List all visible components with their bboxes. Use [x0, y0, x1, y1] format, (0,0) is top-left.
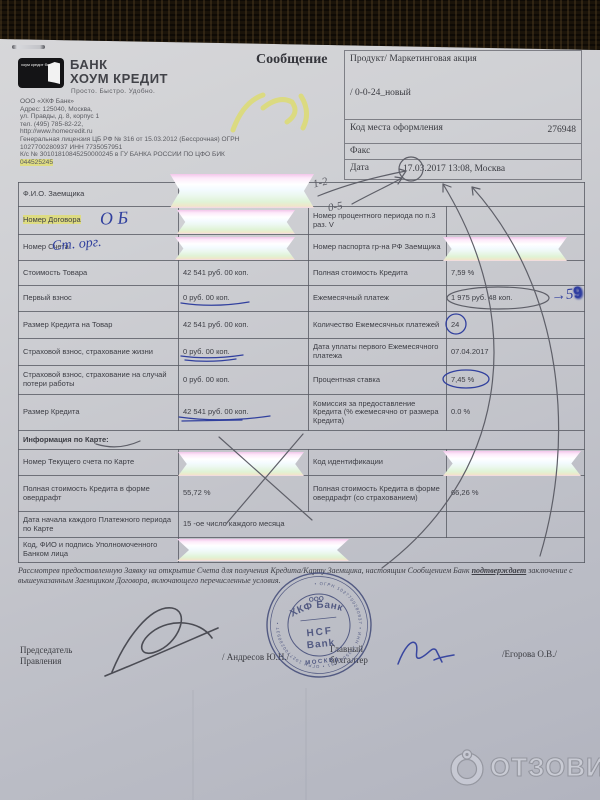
stamp-arc-text: ХКФ Банк	[288, 597, 346, 620]
field-label: Размер Кредита	[19, 395, 179, 431]
field-value: 24	[447, 312, 585, 339]
bank-tagline: Просто. Быстро. Удобно.	[71, 88, 155, 95]
address-line: 1027700280937 ИНН 7735057951	[20, 144, 320, 152]
redaction-sticker	[443, 237, 567, 261]
date-label: Дата	[350, 163, 369, 173]
table-row: Номер Текущего счета по Карте Код иденти…	[19, 450, 585, 476]
address-line: ул. Правды, д. 8, корпус 1	[20, 113, 320, 121]
table-row: Номер Счета Номер паспорта гр-на РФ Заем…	[19, 235, 585, 261]
field-value	[447, 512, 585, 538]
document-photo: хоум кредит банк БАНК ХОУМ КРЕДИТ Просто…	[0, 0, 600, 800]
field-value: 0 руб. 00 коп.	[179, 366, 309, 395]
field-label-highlighted: Номер Договора	[23, 215, 81, 224]
bank-round-stamp: • ОГРН 1027700280937 • ИНН 7735057951 • …	[256, 560, 382, 689]
address-line: К/с № 30101810845250000245 в ГУ БАНКА РО…	[20, 151, 320, 159]
date-row: Дата 17.03.2017 13:08, Москва	[345, 159, 581, 179]
field-value: 42 541 руб. 00 коп.	[179, 312, 309, 339]
address-line-bik: 044525245	[20, 159, 53, 167]
signer-title-line: Председатель	[20, 645, 72, 656]
field-value: 07.04.2017	[447, 339, 585, 366]
field-label: Первый взнос	[19, 286, 179, 312]
message-title: Сообщение	[256, 52, 328, 68]
date-value: 17.03.2017 13:08, Москва	[403, 164, 505, 174]
field-value-redacted	[179, 538, 585, 563]
paper-creases	[193, 688, 306, 800]
field-value-redacted	[447, 235, 585, 261]
handwriting-blob-digit: 9	[573, 284, 584, 302]
table-row: Дата начала каждого Платежного периода п…	[19, 512, 585, 538]
field-value-redacted	[179, 183, 585, 207]
product-label: Продукт/ Маркетинговая акция	[350, 54, 576, 64]
field-value: 66,26 %	[447, 476, 585, 512]
redaction-sticker	[170, 174, 314, 208]
field-label: Номер Договора	[19, 207, 179, 235]
address-line: Генеральная лицензия ЦБ РФ № 316 от 15.0…	[20, 136, 320, 144]
redaction-sticker	[443, 451, 581, 476]
watermark: ОТЗОВИК	[448, 748, 600, 786]
field-value: 0 руб. 00 коп.	[179, 286, 309, 312]
table-row: Первый взнос 0 руб. 00 коп. Ежемесячный …	[19, 286, 585, 312]
watermark-power-icon	[448, 748, 486, 786]
table-section-row: Информация по Карте:	[19, 431, 585, 450]
field-value: 42 541 руб. 00 коп.	[179, 395, 309, 431]
paragraph-bold-word: подтверждает	[472, 566, 527, 575]
field-label: Код, ФИО и подпись Уполномоченного Банко…	[19, 538, 179, 563]
field-value-redacted	[179, 207, 309, 235]
fax-row: Факс	[345, 143, 581, 159]
field-label: Номер Текущего счета по Карте	[19, 450, 179, 476]
field-value	[447, 207, 585, 235]
table-row: Стоимость Товара 42 541 руб. 00 коп. Пол…	[19, 261, 585, 286]
address-line: Адрес: 125040, Москва,	[20, 106, 320, 114]
field-label: Количество Ежемесячных платежей	[309, 312, 447, 339]
signer-name-egorova: /Егорова О.В./	[502, 649, 557, 660]
signer-title-chairman: Председатель Правления	[20, 645, 72, 667]
field-label: Дата уплаты первого Ежемесячного платежа	[309, 339, 447, 366]
field-label: Ф.И.О. Заемщика	[19, 183, 179, 207]
field-label: Номер паспорта гр-на РФ Заемщика	[309, 235, 447, 261]
table-row: Размер Кредита 42 541 руб. 00 коп. Комис…	[19, 395, 585, 431]
field-value: 0 руб. 00 коп.	[179, 339, 309, 366]
handwriting-contract-number: О Б	[99, 207, 128, 229]
table-surface-background	[0, 0, 600, 56]
bank-name-line2: ХОУМ КРЕДИТ	[70, 72, 168, 86]
handwriting-arrow-5: →5	[550, 286, 574, 304]
message-header-box: Продукт/ Маркетинговая акция / 0-0-24_но…	[344, 50, 582, 180]
product-value: / 0-0-24_новый	[350, 88, 576, 98]
field-label: Дата начала каждого Платежного периода п…	[19, 512, 179, 538]
watermark-text: ОТЗОВИК	[490, 752, 600, 783]
redaction-sticker	[177, 210, 295, 234]
table-row: Размер Кредита на Товар 42 541 руб. 00 к…	[19, 312, 585, 339]
staple	[12, 45, 45, 49]
bank-logo: хоум кредит банк	[18, 58, 64, 88]
code-row: Код места оформления 276948	[345, 119, 581, 143]
bank-name-line1: БАНК	[70, 58, 168, 72]
signature-chairman	[105, 608, 218, 676]
signature-accountant	[398, 642, 454, 664]
handwriting-mark-0-5: 0-5	[327, 200, 344, 214]
address-line: http://www.homecredit.ru	[20, 128, 320, 136]
paragraph-text: Рассмотрев предоставленную Заявку на отк…	[18, 566, 470, 575]
field-label: Ежемесячный платеж	[309, 286, 447, 312]
table-row: Код, ФИО и подпись Уполномоченного Банко…	[19, 538, 585, 563]
stamp-center-bank: Bank	[306, 637, 335, 651]
field-label: Стоимость Товара	[19, 261, 179, 286]
fax-label: Факс	[350, 146, 370, 156]
field-value: 15 -ое число каждого месяца	[179, 512, 447, 538]
field-value: 7,59 %	[447, 261, 585, 286]
field-value-redacted	[179, 450, 309, 476]
table-row: Страховой взнос, страхование на случай п…	[19, 366, 585, 395]
field-label: Комиссия за предоставление Кредита (% еж…	[309, 395, 447, 431]
field-value-redacted	[179, 235, 309, 261]
redaction-sticker	[177, 539, 349, 561]
field-label: Полная стоимость Кредита	[309, 261, 447, 286]
field-label: Полная стоимость Кредита в форме овердра…	[19, 476, 179, 512]
bank-address-block: ООО «ХКФ Банк» Адрес: 125040, Москва, ул…	[20, 98, 320, 166]
bank-logo-door-icon	[48, 62, 60, 84]
field-label: Страховой взнос, страхование на случай п…	[19, 366, 179, 395]
section-header: Информация по Карте:	[19, 431, 585, 450]
field-value: 42 541 руб. 00 коп.	[179, 261, 309, 286]
signer-title-line: Правления	[20, 656, 72, 667]
bank-name: БАНК ХОУМ КРЕДИТ	[70, 58, 168, 86]
field-label: Процентная ставка	[309, 366, 447, 395]
code-label: Код места оформления	[350, 123, 443, 133]
code-value: 276948	[548, 125, 577, 135]
product-row: Продукт/ Маркетинговая акция / 0-0-24_но…	[345, 51, 581, 119]
redaction-sticker	[175, 237, 295, 260]
loan-terms-table: Ф.И.О. Заемщика Номер Договора Номер про…	[18, 182, 585, 563]
address-line: тел. (495) 785-82-22,	[20, 121, 320, 129]
field-value: 7,45 %	[447, 366, 585, 395]
address-line: ООО «ХКФ Банк»	[20, 98, 320, 106]
svg-text:ХКФ Банк: ХКФ Банк	[288, 597, 346, 620]
redaction-sticker	[178, 452, 304, 476]
field-label: Размер Кредита на Товар	[19, 312, 179, 339]
field-value: 55,72 %	[179, 476, 309, 512]
field-label: Код идентификации	[309, 450, 447, 476]
field-value-redacted	[447, 450, 585, 476]
handwriting-payment-note: →59	[550, 284, 583, 305]
field-label: Страховой взнос, страхование жизни	[19, 339, 179, 366]
table-row: Страховой взнос, страхование жизни 0 руб…	[19, 339, 585, 366]
table-row: Ф.И.О. Заемщика	[19, 183, 585, 207]
table-row: Полная стоимость Кредита в форме овердра…	[19, 476, 585, 512]
field-label: Полная стоимость Кредита в форме овердра…	[309, 476, 447, 512]
field-value: 0.0 %	[447, 395, 585, 431]
